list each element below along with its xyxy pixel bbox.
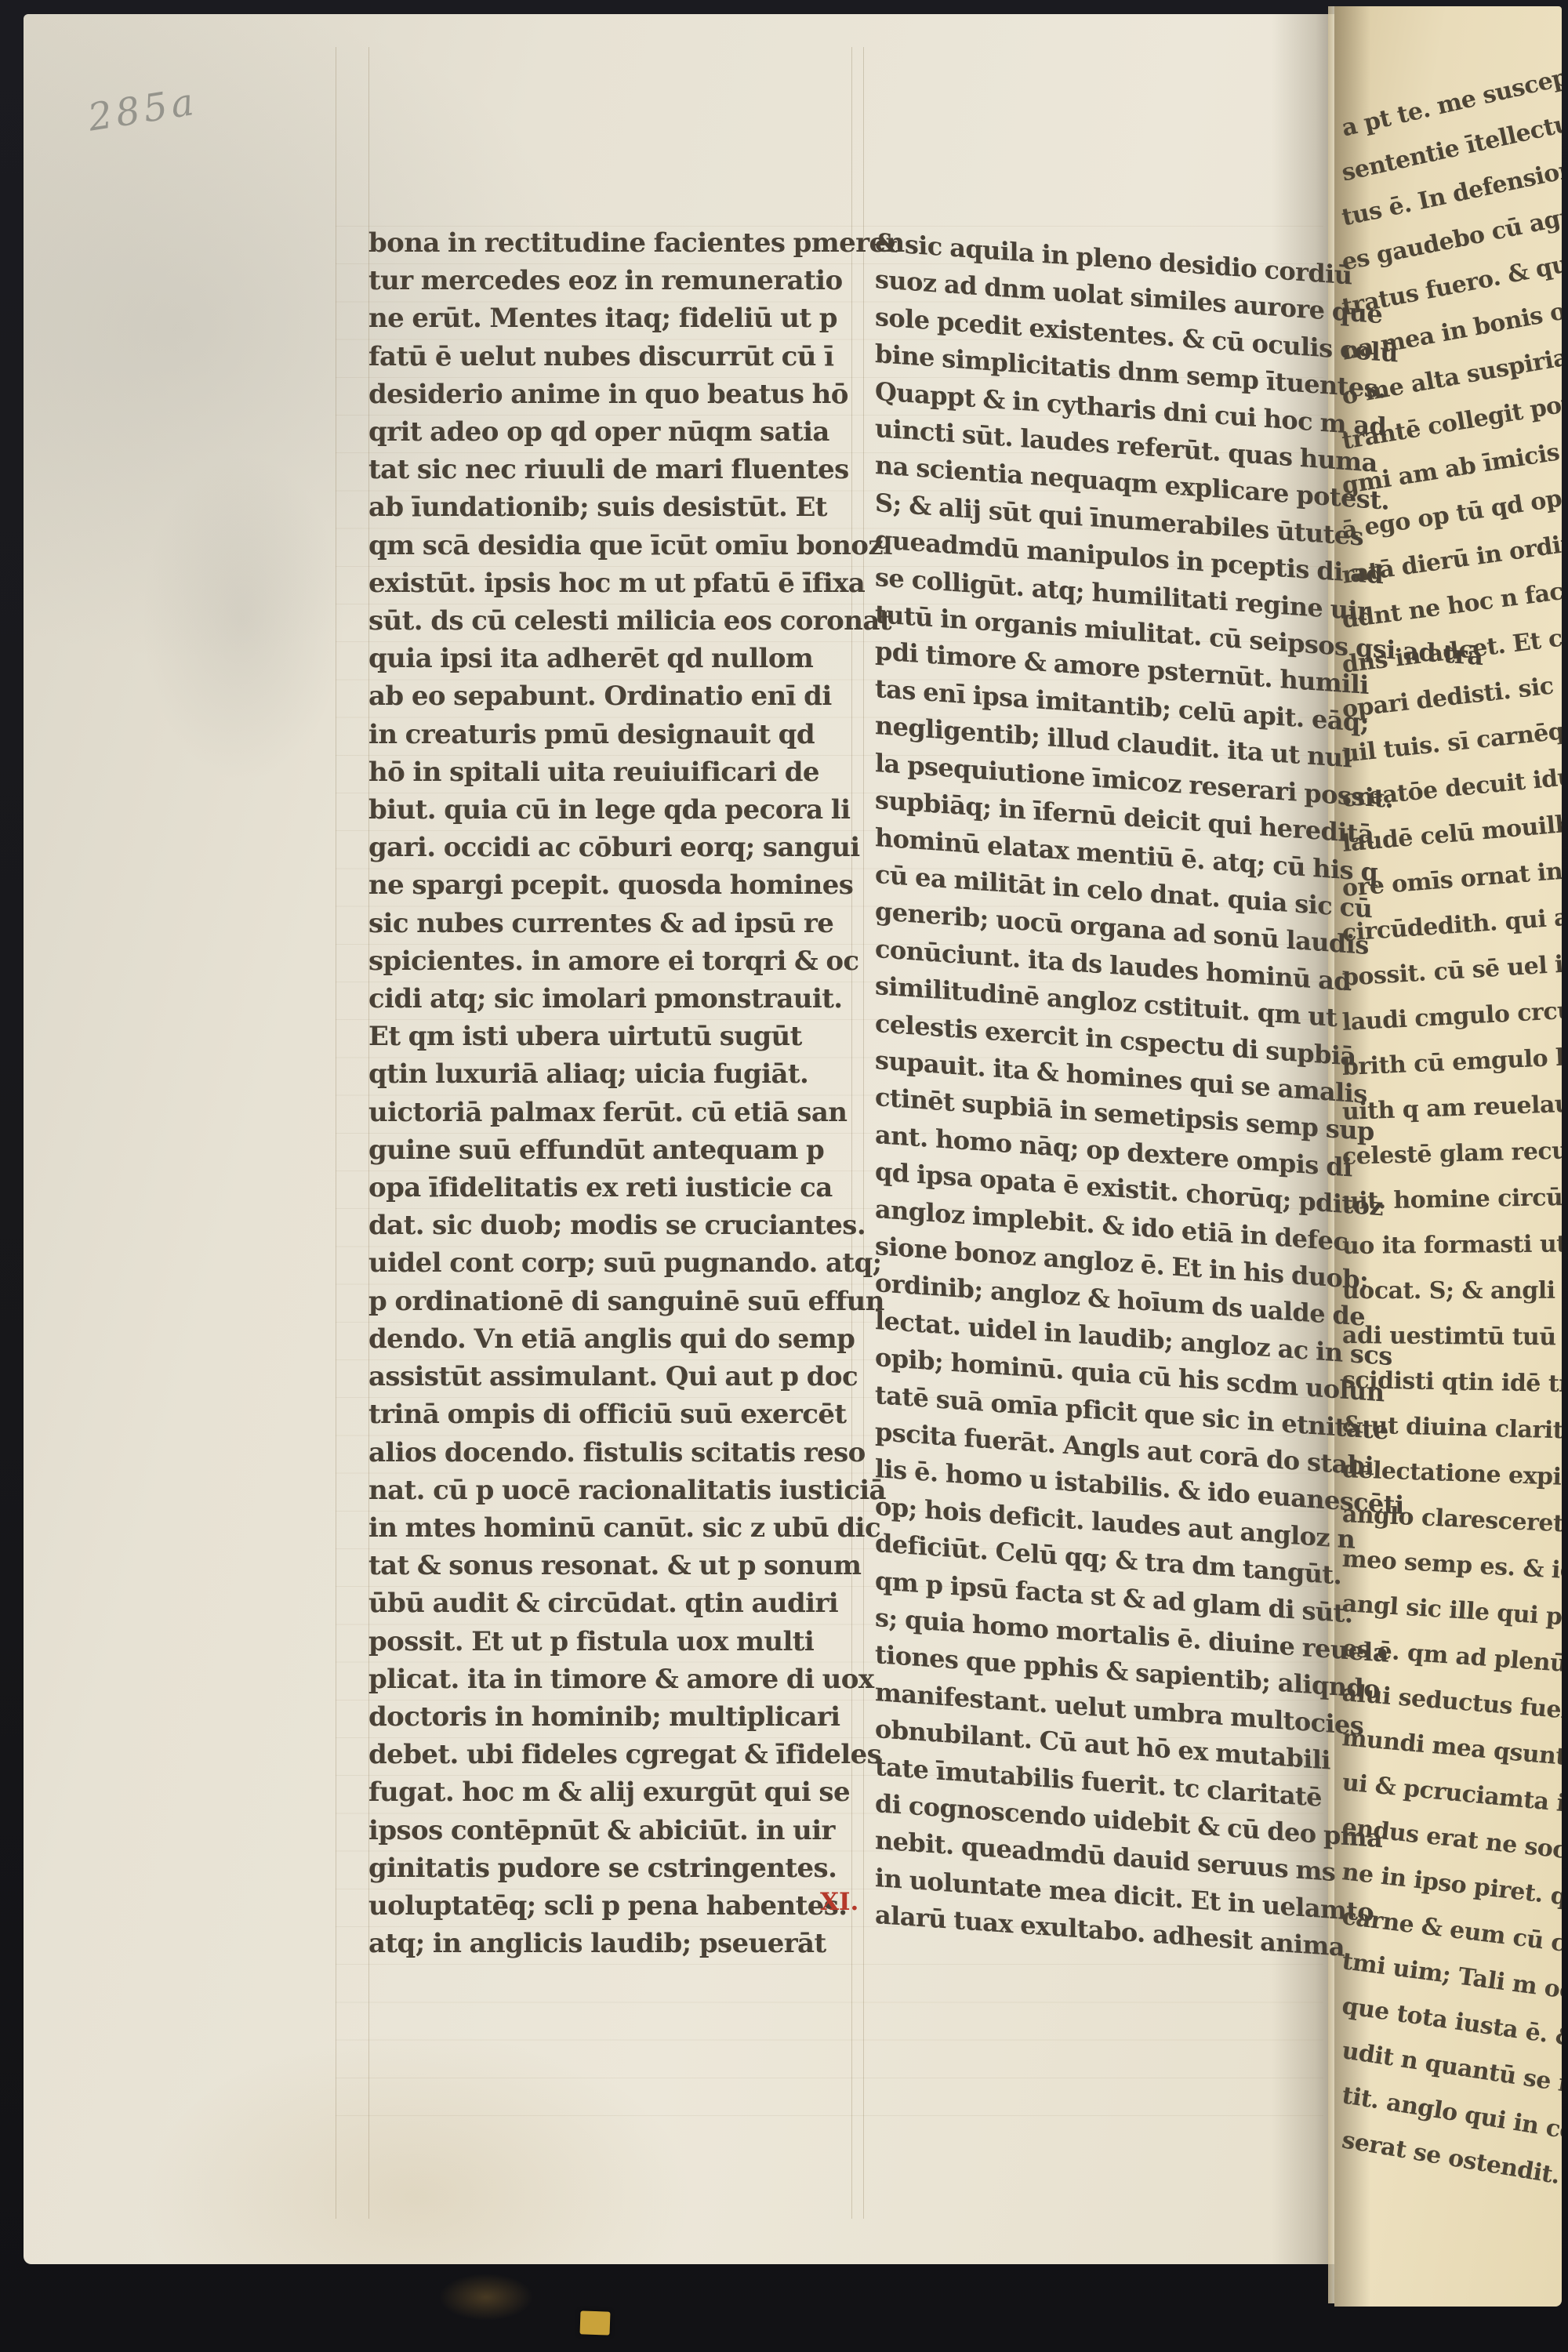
manuscript-line: opa īfidelitatis ex reti iusticie ca: [368, 1169, 851, 1207]
manuscript-line: alios docendo. fistulis scitatis reso: [368, 1434, 851, 1472]
manuscript-line: qtin luxuriā aliaq; uicia fugiāt.: [368, 1055, 851, 1093]
manuscript-line: qm scā desidia que īcūt omīu bonoz: [368, 527, 851, 564]
manuscript-line: p ordinationē di sanguinē suū effun: [368, 1283, 851, 1320]
manuscript-photo: a pt te. me suscepit dextera tuasententi…: [0, 0, 1568, 2352]
yellow-marker-tab: [579, 2310, 610, 2335]
manuscript-line: dendo. Vn etiā anglis qui do semp: [368, 1320, 851, 1358]
manuscript-line: guine suū effundūt antequam p: [368, 1131, 851, 1169]
manuscript-line: ab eo sepabunt. Ordinatio enī di: [368, 677, 851, 715]
manuscript-line: dat. sic duob; modis se cruciantes.: [368, 1207, 851, 1244]
manuscript-line: in creaturis pmū designauit qd: [368, 716, 851, 753]
manuscript-line: ne erūt. Mentes itaq; fideliū ut p: [368, 299, 851, 337]
manuscript-line: fatū ē uelut nubes discurrūt cū ī: [368, 338, 851, 376]
manuscript-line: atq; in anglicis laudib; pseuerāt: [368, 1925, 851, 1962]
chapter-numeral-rubric: XI.: [820, 1888, 858, 1916]
manuscript-line: spicientes. in amore ei torqri & oc: [368, 942, 851, 980]
text-column-2: & sic aquila in pleno desidio cordiūsuoz…: [875, 224, 1330, 1965]
manuscript-line: tat sic nec riuuli de mari fluentes: [368, 451, 851, 488]
manuscript-line: doctoris in hominib; multiplicari: [368, 1698, 851, 1736]
manuscript-line-fragment: uocat. S; & angli mirant. quia d: [1342, 1269, 1562, 1313]
manuscript-line: tur mercedes eoz in remuneratio: [368, 262, 851, 299]
manuscript-line: possit. Et ut p fistula uox multi: [368, 1623, 851, 1661]
manuscript-line: ab īundationib; suis desistūt. Et: [368, 488, 851, 526]
manuscript-line: desiderio anime in quo beatus hō: [368, 376, 851, 413]
parchment-stain: [439, 2274, 533, 2321]
manuscript-line: tat & sonus resonat. & ut p sonum: [368, 1547, 851, 1584]
manuscript-line: ne spargi pcepit. quosda homines: [368, 866, 851, 904]
manuscript-line: trinā ompis di officiū suū exercēt: [368, 1396, 851, 1433]
manuscript-line: bona in rectitudine facientes pmeren: [368, 224, 851, 262]
manuscript-line: sūt. ds cū celesti milicia eos coronat: [368, 602, 851, 640]
manuscript-line-fragment: uo ita formasti ut am in laude i: [1342, 1220, 1562, 1269]
manuscript-line: cidi atq; sic imolari pmonstrauit.: [368, 980, 851, 1018]
manuscript-line: existūt. ipsis hoc m ut pfatū ē īfixa: [368, 564, 851, 602]
manuscript-line: debet. ubi fideles cgregat & īfideles: [368, 1736, 851, 1773]
ruling-line-vertical: [336, 47, 336, 2219]
manuscript-line: fugat. hoc m & alij exurgūt qui se: [368, 1773, 851, 1811]
manuscript-line: ūbū audit & circūdat. qtin audiri: [368, 1584, 851, 1622]
manuscript-line: ginitatis pudore se cstringentes.: [368, 1849, 851, 1887]
manuscript-line: Et qm isti ubera uirtutū sugūt: [368, 1018, 851, 1055]
manuscript-line: uidel cont corp; suū pugnando. atq;: [368, 1244, 851, 1282]
manuscript-line: gari. occidi ac cōburi eorq; sangui: [368, 829, 851, 866]
manuscript-line: quia ipsi ita adherēt qd nullom: [368, 640, 851, 677]
manuscript-line: plicat. ita in timore & amore di uox: [368, 1661, 851, 1698]
manuscript-line: biut. quia cū in lege qda pecora li: [368, 791, 851, 829]
ruling-line-vertical: [863, 47, 864, 2219]
manuscript-line: uoluptatēq; scli p pena habentes.: [368, 1887, 851, 1925]
manuscript-line: qrit adeo op qd oper nūqm satia: [368, 413, 851, 451]
manuscript-line: nat. cū p uocē racionalitatis iusticiā: [368, 1472, 851, 1509]
text-column-1: bona in rectitudine facientes pmerentur …: [368, 224, 851, 1962]
manuscript-line: sic nubes currentes & ad ipsū re: [368, 905, 851, 942]
manuscript-line: ipsos contēpnūt & abiciūt. in uir: [368, 1812, 851, 1849]
parchment-stain: [141, 453, 345, 782]
manuscript-line: hō in spitali uita reuiuificari de: [368, 753, 851, 791]
manuscript-line: in mtes hominū canūt. sic z ubū dic: [368, 1509, 851, 1547]
manuscript-line: uictoriā palmax ferūt. cū etiā san: [368, 1094, 851, 1131]
manuscript-line: assistūt assimulant. Qui aut p doc: [368, 1358, 851, 1396]
